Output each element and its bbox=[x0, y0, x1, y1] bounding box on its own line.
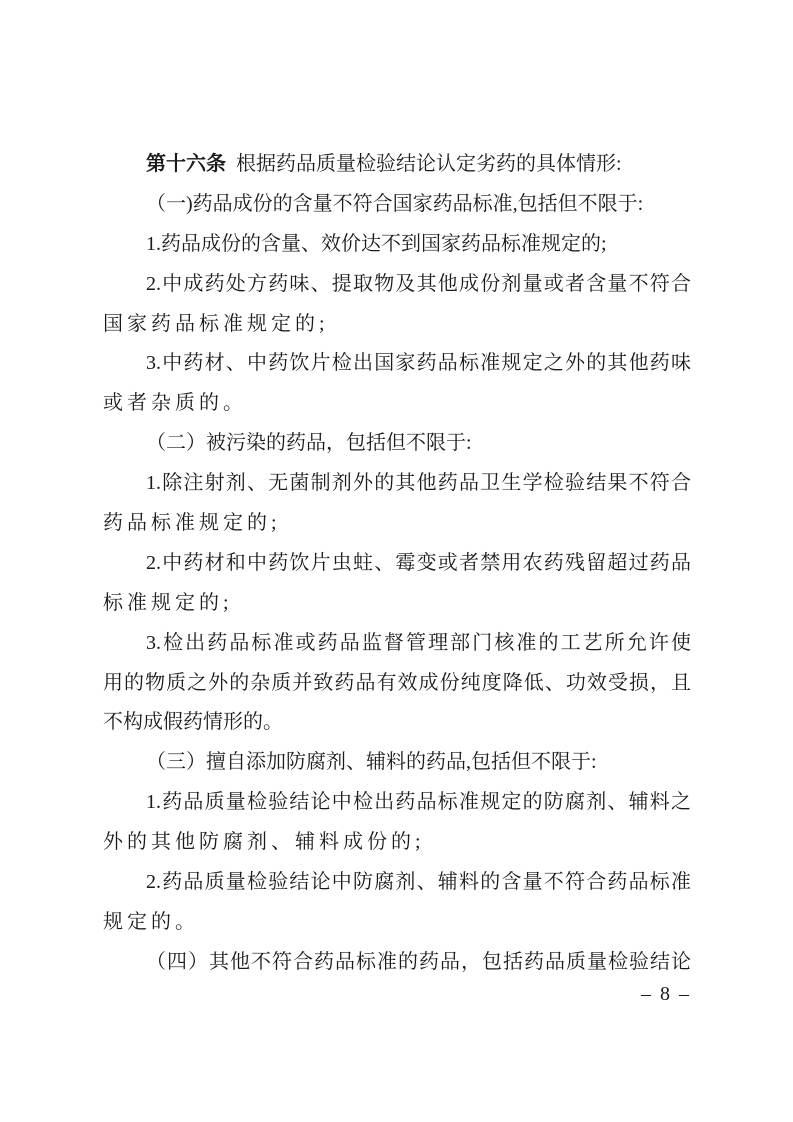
text-line: （四）其他不符合药品标准的药品，包括药品质量检验结论 bbox=[103, 943, 691, 983]
text-line: 1.药品质量检验结论中检出药品标准规定的防腐剂、辅料之 bbox=[103, 783, 691, 823]
text-line: 1.除注射剂、无菌制剂外的其他药品卫生学检验结果不符合 bbox=[103, 464, 691, 504]
text-line: 2.中成药处方药味、提取物及其他成份剂量或者含量不符合 bbox=[103, 265, 691, 305]
text-line: （三）擅自添加防腐剂、辅料的药品,包括但不限于: bbox=[103, 743, 691, 783]
text-line: 不构成假药情形的。 bbox=[103, 703, 691, 743]
text-line: 2.药品质量检验结论中防腐剂、辅料的含量不符合药品标准 bbox=[103, 863, 691, 903]
page-number: – 8 – bbox=[103, 983, 691, 1006]
text-line: （二）被污染的药品，包括但不限于: bbox=[103, 424, 691, 464]
text-line: 2.中药材和中药饮片虫蛀、霉变或者禁用农药残留超过药品 bbox=[103, 544, 691, 584]
text-line: 外的其他防腐剂、辅料成份的; bbox=[103, 823, 691, 863]
text-line: 3.检出药品标准或药品监督管理部门核准的工艺所允许使 bbox=[103, 624, 691, 664]
text-line: 第十六条根据药品质量检验结论认定劣药的具体情形: bbox=[103, 145, 691, 185]
article-intro: 根据药品质量检验结论认定劣药的具体情形: bbox=[236, 153, 622, 175]
text-line: （一)药品成份的含量不符合国家药品标准,包括但不限于: bbox=[103, 185, 691, 225]
text-line: 标准规定的; bbox=[103, 584, 691, 624]
text-line: 规定的。 bbox=[103, 903, 691, 943]
article-number: 第十六条 bbox=[146, 153, 226, 175]
text-line: 国家药品标准规定的; bbox=[103, 305, 691, 345]
text-line: 1.药品成份的含量、效价达不到国家药品标准规定的; bbox=[103, 225, 691, 265]
article-text-block: 第十六条根据药品质量检验结论认定劣药的具体情形: （一)药品成份的含量不符合国家… bbox=[103, 145, 691, 983]
text-line: 3.中药材、中药饮片检出国家药品标准规定之外的其他药味 bbox=[103, 344, 691, 384]
text-line: 或者杂质的。 bbox=[103, 384, 691, 424]
document-page: 第十六条根据药品质量检验结论认定劣药的具体情形: （一)药品成份的含量不符合国家… bbox=[0, 0, 793, 1122]
text-line: 用的物质之外的杂质并致药品有效成份纯度降低、功效受损，且 bbox=[103, 664, 691, 704]
text-line: 药品标准规定的; bbox=[103, 504, 691, 544]
